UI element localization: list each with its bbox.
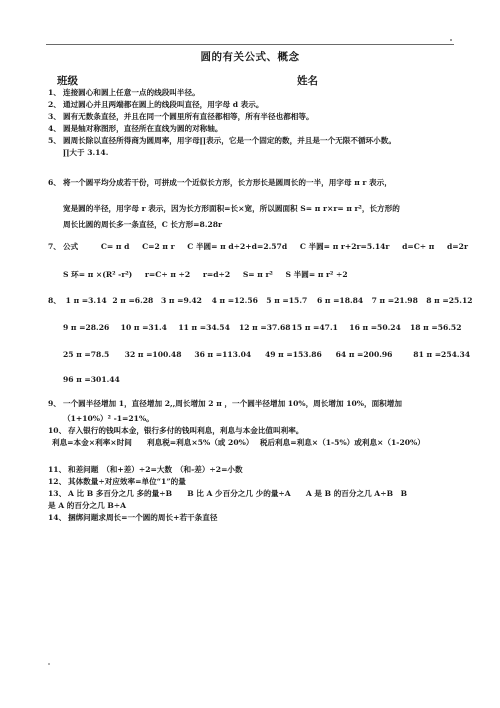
item-9: 9、一个圆半径增加 1，直径增加 2,,周长增加 2 π ，一个圆半径增加 10…	[48, 399, 402, 409]
item-13: 13、A 比 B 多百分之几 多的量÷B B 比 A 少百分之几 少的量÷A A…	[48, 489, 407, 499]
header-rule	[46, 44, 454, 45]
item-13-cont: 是 A 的百分之几 B÷A	[48, 501, 126, 511]
item-4: 4、圆是轴对称图形，直径所在直线为圆的对称轴。	[48, 124, 222, 134]
item-5: 5、圆周长除以直径所得商为圆周率，用字母∏表示，它是一个固定的数，并且是一个无限…	[48, 136, 396, 146]
page-title: 圆的有关公式、概念	[0, 49, 500, 64]
class-label: 班级	[57, 73, 78, 88]
item-6-cont2: 周长比圆的周长多一条直径，C 长方形=8.28r	[63, 220, 222, 230]
document-page: 圆的有关公式、概念 班级 姓名 1、连接圆心和圆上任意一点的线段叫半径。 2、通…	[0, 0, 500, 708]
item-10: 10、存入银行的钱叫本金，银行多付的钱叫利息，利息与本金比值叫利率。	[48, 426, 303, 436]
item-7: 7、公式 C= π d C=2 π r C 半圆= π d÷2+d=2.57d …	[48, 242, 468, 252]
item-6: 6、将一个圆平均分成若干份，可拼成一个近似长方形，长方形长是圆周长的一半，用字母…	[48, 178, 392, 188]
item-8: 8、 1 π =3.14 2 π =6.28 3 π =9.42 4 π =12…	[48, 296, 473, 306]
item-9-cont: （1+10%）² -1=21%。	[63, 414, 154, 424]
corner-mark-bottom	[48, 663, 50, 665]
item-14: 14、捆绑问题求周长=一个圆的周长+若干条直径	[48, 513, 217, 523]
item-5-cont: ∏大于 3.14.	[63, 148, 108, 158]
item-8-row2: 9 π =28.26 10 π =31.4 11 π =34.54 12 π =…	[63, 323, 462, 333]
item-7-row2: S 环= π ×(R² -r²) r=C÷ π ÷2 r=d÷2 S= π r²…	[63, 270, 348, 280]
item-6-cont: 宽是圆的半径，用字母 r 表示，因为长方形面积=长×宽，所以圆面积 S= π r…	[63, 204, 400, 214]
item-12: 12、其体数量÷对应效率=单位“1”的量	[48, 477, 186, 487]
item-1: 1、连接圆心和圆上任意一点的线段叫半径。	[48, 88, 200, 98]
name-label: 姓名	[297, 73, 318, 88]
item-8-row3: 25 π =78.5 32 π =100.48 36 π =113.04 49 …	[63, 350, 470, 360]
item-3: 3、圆有无数条直径，并且在同一个圆里所有直径都相等，所有半径也都相等。	[48, 112, 314, 122]
item-11: 11、和差问题 （和+差）÷2=大数 （和-差）÷2=小数	[48, 465, 243, 475]
item-10-cont: 利息=本金×利率×时间 利息税=利息×5%（或 20%） 税后利息=利息×（1-…	[52, 438, 425, 448]
corner-mark	[450, 39, 452, 41]
item-8-row4: 96 π =301.44	[63, 375, 120, 385]
item-2: 2、通过圆心并且两端都在圆上的线段叫直径，用字母 d 表示。	[48, 100, 263, 110]
